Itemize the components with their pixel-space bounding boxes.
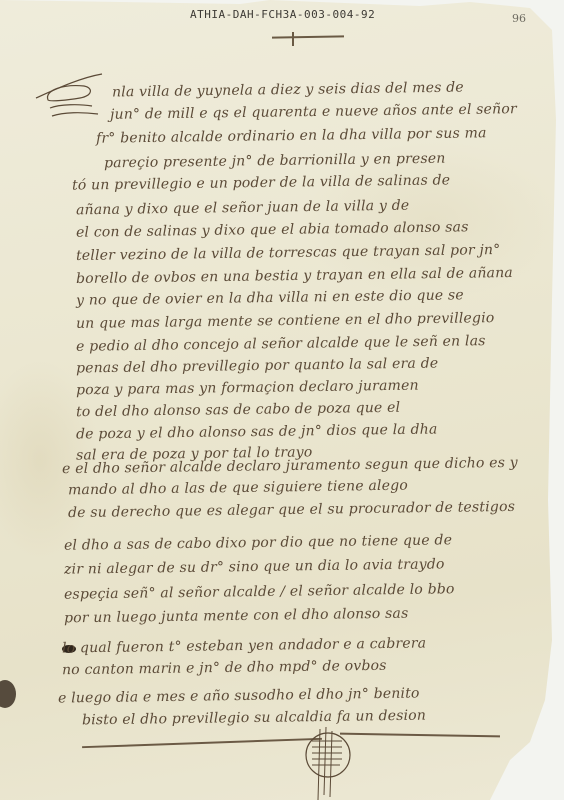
ink-blot [0, 680, 16, 708]
cross-mark-icon [292, 32, 294, 46]
archive-reference-code: ATHIA-DAH-FCH3A-003-004-92 [190, 8, 375, 21]
initial-flourish-icon [34, 70, 104, 120]
rubric-signature-icon [290, 725, 370, 800]
folio-number: 96 [512, 12, 526, 25]
